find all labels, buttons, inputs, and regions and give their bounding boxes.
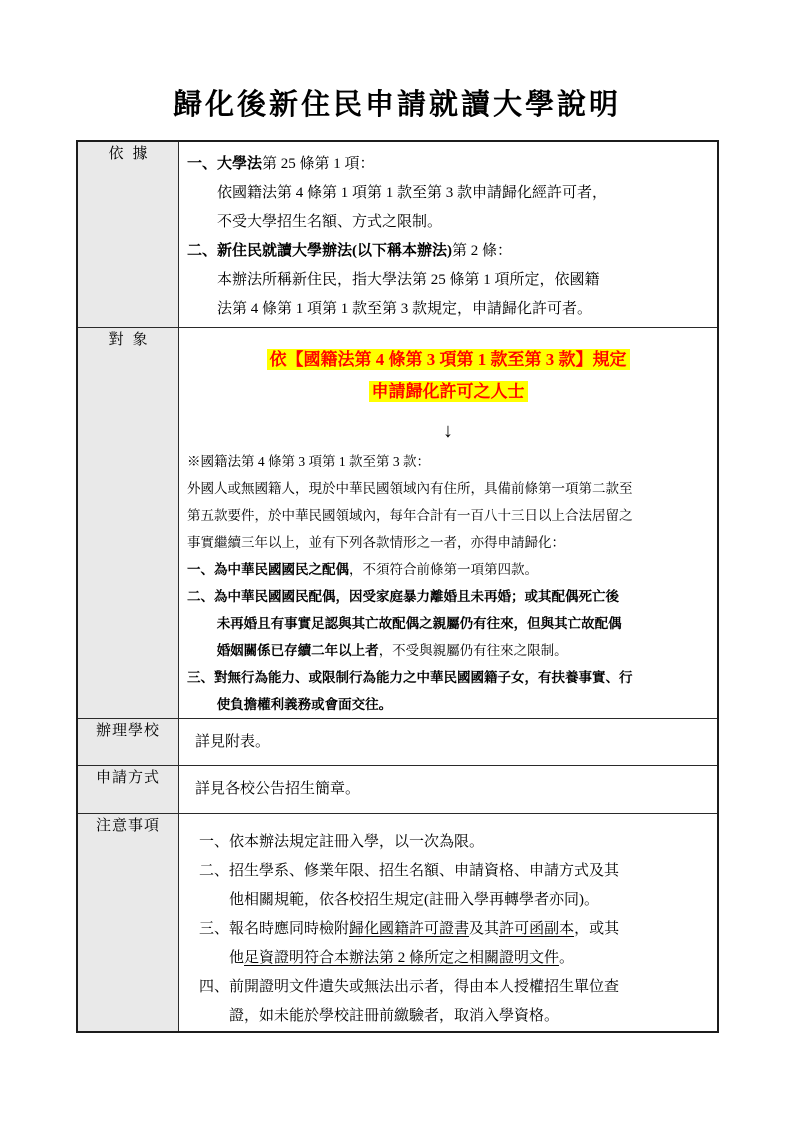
row-content-basis: 一、大學法第 25 條第 1 項： 依國籍法第 4 條第 1 項第 1 款至第 … xyxy=(179,141,719,328)
row-label-basis: 依據 xyxy=(77,141,179,328)
note-3-line-2: 他足資證明符合本辦法第 2 條所定之相關證明文件。 xyxy=(199,944,709,973)
row-label-notes: 注意事項 xyxy=(77,814,179,1033)
row-content-schools: 詳見附表。 xyxy=(179,719,719,766)
legal-note-intro-line-3: 事實繼續三年以上，並有下列各款情形之一者，亦得申請歸化： xyxy=(187,529,709,556)
clause-2-rest: ，不受與親屬仍有往來之限制。 xyxy=(379,643,568,658)
basis-item-1-head: 一、大學法第 25 條第 1 項： xyxy=(187,150,709,179)
document-page: 歸化後新住民申請就讀大學說明 依據 一、大學法第 25 條第 1 項： 依國籍法… xyxy=(0,0,794,1123)
note-3-underline-1: 歸化國籍許可證書 xyxy=(349,921,469,937)
clause-1-rest: ，不須符合前條第一項第四款。 xyxy=(349,562,538,577)
note-3-line-1: 三、報名時應同時檢附歸化國籍許可證書及其許可函副本，或其 xyxy=(199,915,709,944)
clause-1: 一、為中華民國國民之配偶，不須符合前條第一項第四款。 xyxy=(187,556,709,583)
target-content: 依【國籍法第 4 條第 3 項第 1 款至第 3 款】規定 申請歸化許可之人士 … xyxy=(179,328,717,718)
note-2-num: 二、 xyxy=(199,863,229,879)
row-label-notes-text: 注意事項 xyxy=(96,818,160,834)
table-row-target: 對象 依【國籍法第 4 條第 3 項第 1 款至第 3 款】規定 申請歸化許可之… xyxy=(77,328,718,719)
info-table: 依據 一、大學法第 25 條第 1 項： 依國籍法第 4 條第 1 項第 1 款… xyxy=(76,140,719,1033)
row-label-schools-text: 辦理學校 xyxy=(96,723,160,739)
row-label-apply: 申請方式 xyxy=(77,766,179,814)
note-3-end: 。 xyxy=(559,950,574,966)
note-3-pre: 報名時應同時檢附 xyxy=(229,921,349,937)
note-1: 一、依本辦法規定註冊入學，以一次為限。 xyxy=(199,828,709,857)
note-2-line-1: 二、招生學系、修業年限、招生名額、申請資格、申請方式及其 xyxy=(199,857,709,886)
legal-note-heading: ※國籍法第 4 條第 3 項第 1 款至第 3 款： xyxy=(187,448,709,475)
basis-item-2-law: 新住民就讀大學辦法(以下稱本辦法) xyxy=(217,243,452,259)
apply-text: 詳見各校公告招生簡章。 xyxy=(179,766,717,812)
clause-1-num: 一、 xyxy=(187,562,214,577)
note-3-mid-2: ，或其 xyxy=(574,921,619,937)
basis-item-1-body-line-1: 依國籍法第 4 條第 1 項第 1 款至第 3 款申請歸化經許可者， xyxy=(187,179,709,208)
clause-3-line-1: 三、對無行為能力、或限制行為能力之中華民國國籍子女，有扶養事實、行 xyxy=(187,664,709,691)
basis-item-2-rest: 第 2 條： xyxy=(452,243,512,259)
down-arrow-icon: ↓ xyxy=(187,420,709,442)
page-title: 歸化後新住民申請就讀大學說明 xyxy=(0,0,794,123)
note-3-underline-2: 許可函副本 xyxy=(499,921,574,937)
table-row-notes: 注意事項 一、依本辦法規定註冊入學，以一次為限。 二、招生學系、修業年限、招生名… xyxy=(77,814,718,1033)
notes-content: 一、依本辦法規定註冊入學，以一次為限。 二、招生學系、修業年限、招生名額、申請資… xyxy=(179,814,717,1031)
note-3-line-2-pre: 他 xyxy=(229,950,244,966)
legal-note-intro-line-2: 第五款要件，於中華民國領域內，每年合計有一百八十三日以上合法居留之 xyxy=(187,502,709,529)
row-content-apply: 詳見各校公告招生簡章。 xyxy=(179,766,719,814)
table-row-schools: 辦理學校 詳見附表。 xyxy=(77,719,718,766)
clause-3-num: 三、 xyxy=(187,670,214,685)
note-4-text-1: 前開證明文件遺失或無法出示者，得由本人授權招生單位查 xyxy=(229,979,619,995)
target-legal-note: ※國籍法第 4 條第 3 項第 1 款至第 3 款： 外國人或無國籍人，現於中華… xyxy=(187,448,709,718)
row-label-basis-text: 依據 xyxy=(78,142,178,163)
clause-2-bold-3: 婚姻關係已存續二年以上者 xyxy=(217,643,379,658)
note-3-underline-3: 足資證明符合本辦法第 2 條所定之相關證明文件 xyxy=(244,950,559,966)
clause-3-line-2: 使負擔權利義務或會面交往。 xyxy=(187,691,709,718)
clause-2-line-1: 二、為中華民國國民配偶，因受家庭暴力離婚且未再婚；或其配偶死亡後 xyxy=(187,583,709,610)
clause-2-num: 二、 xyxy=(187,589,214,604)
basis-content: 一、大學法第 25 條第 1 項： 依國籍法第 4 條第 1 項第 1 款至第 … xyxy=(179,142,717,324)
basis-item-2-body-line-2: 法第 4 條第 1 項第 1 款至第 3 款規定，申請歸化許可者。 xyxy=(187,295,709,324)
basis-item-2-head: 二、新住民就讀大學辦法(以下稱本辦法)第 2 條： xyxy=(187,237,709,266)
basis-item-2-num: 二、 xyxy=(187,243,217,259)
highlight-line-1: 依【國籍法第 4 條第 3 項第 1 款至第 3 款】規定 xyxy=(267,349,630,370)
note-4-line-2: 證，如未能於學校註冊前繳驗者，取消入學資格。 xyxy=(199,1002,709,1031)
note-3-mid-1: 及其 xyxy=(469,921,499,937)
note-1-num: 一、 xyxy=(199,834,229,850)
clause-2-line-3: 婚姻關係已存續二年以上者，不受與親屬仍有往來之限制。 xyxy=(187,637,709,664)
row-label-apply-text: 申請方式 xyxy=(96,770,160,786)
clause-2-line-2: 未再婚且有事實足認與其亡故配偶之親屬仍有往來，但與其亡故配偶 xyxy=(187,610,709,637)
table-row-basis: 依據 一、大學法第 25 條第 1 項： 依國籍法第 4 條第 1 項第 1 款… xyxy=(77,141,718,328)
clause-1-bold: 為中華民國國民之配偶 xyxy=(214,562,349,577)
basis-item-1-num: 一、 xyxy=(187,156,217,172)
row-label-schools: 辦理學校 xyxy=(77,719,179,766)
schools-text: 詳見附表。 xyxy=(179,719,717,765)
row-content-target: 依【國籍法第 4 條第 3 項第 1 款至第 3 款】規定 申請歸化許可之人士 … xyxy=(179,328,719,719)
basis-item-1-rest: 第 25 條第 1 項： xyxy=(262,156,375,172)
note-4-num: 四、 xyxy=(199,979,229,995)
row-label-target-text: 對象 xyxy=(78,328,178,349)
note-1-text: 依本辦法規定註冊入學，以一次為限。 xyxy=(229,834,484,850)
note-2-line-2: 他相關規範，依各校招生規定(註冊入學再轉學者亦同)。 xyxy=(199,886,709,915)
note-2-text-1: 招生學系、修業年限、招生名額、申請資格、申請方式及其 xyxy=(229,863,619,879)
highlight-banner: 依【國籍法第 4 條第 3 項第 1 款至第 3 款】規定 申請歸化許可之人士 xyxy=(187,344,709,408)
note-4-line-1: 四、前開證明文件遺失或無法出示者，得由本人授權招生單位查 xyxy=(199,973,709,1002)
basis-item-1-law: 大學法 xyxy=(217,156,262,172)
clause-2-bold-1: 為中華民國國民配偶，因受家庭暴力離婚且未再婚；或其配偶死亡後 xyxy=(214,589,619,604)
basis-item-1-body-line-2: 不受大學招生名額、方式之限制。 xyxy=(187,208,709,237)
row-label-target: 對象 xyxy=(77,328,179,719)
clause-3-bold-1: 對無行為能力、或限制行為能力之中華民國國籍子女，有扶養事實、行 xyxy=(214,670,633,685)
highlight-line-2: 申請歸化許可之人士 xyxy=(369,381,528,402)
table-row-apply: 申請方式 詳見各校公告招生簡章。 xyxy=(77,766,718,814)
legal-note-intro-line-1: 外國人或無國籍人，現於中華民國領域內有住所，具備前條第一項第二款至 xyxy=(187,475,709,502)
note-3-num: 三、 xyxy=(199,921,229,937)
row-content-notes: 一、依本辦法規定註冊入學，以一次為限。 二、招生學系、修業年限、招生名額、申請資… xyxy=(179,814,719,1033)
basis-item-2-body-line-1: 本辦法所稱新住民，指大學法第 25 條第 1 項所定，依國籍 xyxy=(187,266,709,295)
